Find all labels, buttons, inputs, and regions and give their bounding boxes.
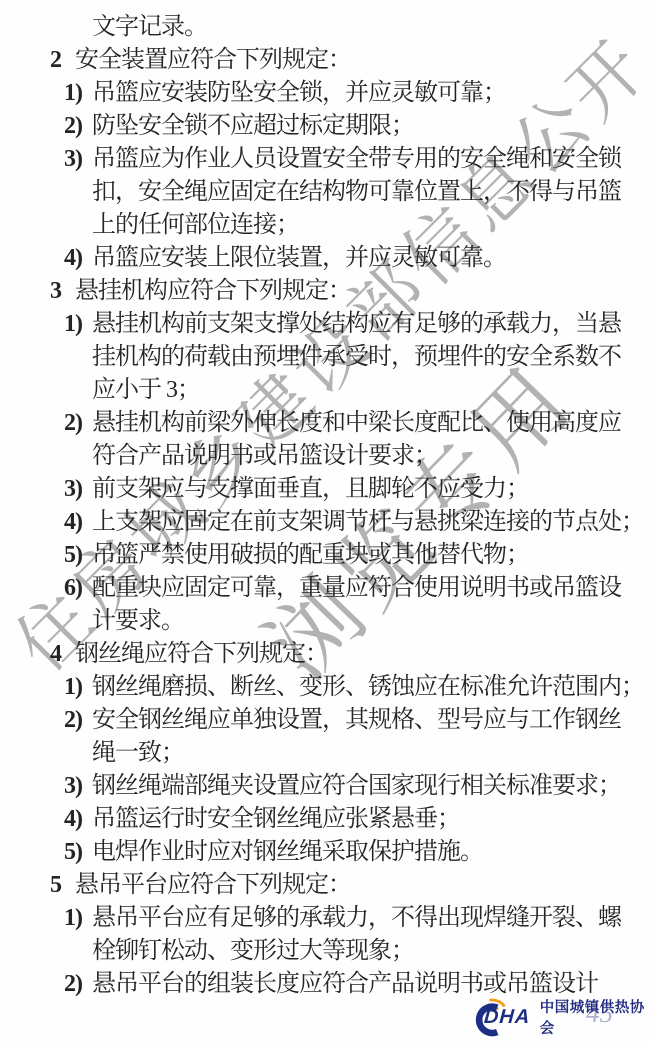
line-text: 绳一致； (92, 740, 184, 766)
text-line: 栓铆钉松动、变形过大等现象； (0, 935, 653, 968)
line-text: 应小于 3； (92, 377, 200, 403)
line-text: 钢丝绳应符合下列规定： (75, 641, 328, 667)
text-line: 扣，安全绳应固定在结构物可靠位置上，不得与吊篮 (0, 176, 653, 209)
text-line: 2)防坠安全锁不应超过标定期限； (0, 110, 653, 143)
line-text: 前支架应与支撑面垂直，且脚轮不应受力； (92, 476, 529, 502)
text-line: 1)悬挂机构前支架支撑处结构应有足够的承载力，当悬 (0, 308, 653, 341)
text-line: 3)前支架应与支撑面垂直，且脚轮不应受力； (0, 473, 653, 506)
item-number: 4 (50, 638, 75, 671)
line-text: 配重块应固定可靠，重量应符合使用说明书或吊篮设 (92, 575, 621, 601)
line-text: 悬吊平台应符合下列规定： (75, 872, 351, 898)
body-text: 文字记录。2安全装置应符合下列规定：1)吊篮应安装防坠安全锁，并应灵敏可靠；2)… (0, 0, 653, 1001)
text-line: 3悬挂机构应符合下列规定： (0, 275, 653, 308)
line-text: 吊篮应为作业人员设置安全带专用的安全绳和安全锁 (92, 146, 621, 172)
line-text: 悬吊平台的组装长度应符合产品说明书或吊篮设计 (92, 971, 598, 997)
text-line: 5)电焊作业时应对钢丝绳采取保护措施。 (0, 836, 653, 869)
item-number: 6) (64, 572, 92, 605)
line-text: 悬挂机构应符合下列规定： (75, 278, 351, 304)
line-text: 吊篮应安装上限位装置，并应灵敏可靠。 (92, 245, 506, 271)
line-text: 悬吊平台应有足够的承载力，不得出现焊缝开裂、螺 (92, 905, 621, 931)
line-text: 防坠安全锁不应超过标定期限； (92, 113, 414, 139)
text-line: 3)钢丝绳端部绳夹设置应符合国家现行相关标准要求； (0, 770, 653, 803)
text-line: 5悬吊平台应符合下列规定： (0, 869, 653, 902)
line-text: 栓铆钉松动、变形过大等现象； (92, 938, 414, 964)
text-line: 绳一致； (0, 737, 653, 770)
item-number: 1) (64, 77, 92, 110)
item-number: 3 (50, 275, 75, 308)
item-number: 2) (64, 110, 92, 143)
line-text: 悬挂机构前梁外伸长度和中梁长度配比、使用高度应 (92, 410, 621, 436)
text-line: 4)吊篮运行时安全钢丝绳应张紧悬垂； (0, 803, 653, 836)
item-number: 1) (64, 902, 92, 935)
line-text: 扣，安全绳应固定在结构物可靠位置上，不得与吊篮 (92, 179, 621, 205)
line-text: 安全钢丝绳应单独设置，其规格、型号应与工作钢丝 (92, 707, 621, 733)
item-number: 2) (64, 704, 92, 737)
text-line: 5)吊篮严禁使用破损的配重块或其他替代物； (0, 539, 653, 572)
item-number: 3) (64, 770, 92, 803)
line-text: 上的任何部位连接； (92, 212, 299, 238)
item-number: 1) (64, 671, 92, 704)
line-text: 安全装置应符合下列规定： (75, 47, 351, 73)
line-text: 悬挂机构前支架支撑处结构应有足够的承载力，当悬 (92, 311, 621, 337)
text-line: 4钢丝绳应符合下列规定： (0, 638, 653, 671)
line-text: 吊篮应安装防坠安全锁，并应灵敏可靠； (92, 80, 506, 106)
line-text: 钢丝绳磨损、断丝、变形、锈蚀应在标准允许范围内； (92, 674, 644, 700)
item-number: 2 (50, 44, 75, 77)
line-text: 上支架应固定在前支架调节杆与悬挑梁连接的节点处； (92, 509, 644, 535)
text-line: 文字记录。 (0, 11, 653, 44)
text-line: 1)吊篮应安装防坠安全锁，并应灵敏可靠； (0, 77, 653, 110)
item-number: 4) (64, 803, 92, 836)
item-number: 2) (64, 407, 92, 440)
line-text: 电焊作业时应对钢丝绳采取保护措施。 (92, 839, 483, 865)
text-line: 2)悬挂机构前梁外伸长度和中梁长度配比、使用高度应 (0, 407, 653, 440)
item-number: 2) (64, 968, 92, 1001)
document-page: 住房城乡建设部信息公开 浏览专用 文字记录。2安全装置应符合下列规定：1)吊篮应… (0, 0, 653, 1045)
item-number: 5) (64, 539, 92, 572)
line-text: 钢丝绳端部绳夹设置应符合国家现行相关标准要求； (92, 773, 621, 799)
text-line: 上的任何部位连接； (0, 209, 653, 242)
text-line: 3)吊篮应为作业人员设置安全带专用的安全绳和安全锁 (0, 143, 653, 176)
line-text: 文字记录。 (92, 14, 207, 40)
line-text: 符合产品说明书或吊篮设计要求； (92, 443, 437, 469)
logo-acronym: DHA (484, 1006, 532, 1029)
text-line: 1)悬吊平台应有足够的承载力，不得出现焊缝开裂、螺 (0, 902, 653, 935)
line-text: 吊篮运行时安全钢丝绳应张紧悬垂； (92, 806, 460, 832)
text-line: 6)配重块应固定可靠，重量应符合使用说明书或吊篮设 (0, 572, 653, 605)
item-number: 5 (50, 869, 75, 902)
text-line: 2安全装置应符合下列规定： (0, 44, 653, 77)
text-line: 4)吊篮应安装上限位装置，并应灵敏可靠。 (0, 242, 653, 275)
text-line: 2)安全钢丝绳应单独设置，其规格、型号应与工作钢丝 (0, 704, 653, 737)
item-number: 3) (64, 143, 92, 176)
text-line: 1)钢丝绳磨损、断丝、变形、锈蚀应在标准允许范围内； (0, 671, 653, 704)
association-logo: 45 DHA 中国城镇供热协会 (468, 996, 653, 1038)
text-line: 4)上支架应固定在前支架调节杆与悬挑梁连接的节点处； (0, 506, 653, 539)
item-number: 1) (64, 308, 92, 341)
item-number: 4) (64, 242, 92, 275)
logo-org-name: 中国城镇供热协会 (540, 996, 653, 1038)
item-number: 3) (64, 473, 92, 506)
line-text: 计要求。 (92, 608, 184, 634)
item-number: 4) (64, 506, 92, 539)
text-line: 计要求。 (0, 605, 653, 638)
text-line: 符合产品说明书或吊篮设计要求； (0, 440, 653, 473)
item-number: 5) (64, 836, 92, 869)
text-line: 挂机构的荷载由预埋件承受时，预埋件的安全系数不 (0, 341, 653, 374)
line-text: 挂机构的荷载由预埋件承受时，预埋件的安全系数不 (92, 344, 621, 370)
text-line: 应小于 3； (0, 374, 653, 407)
line-text: 吊篮严禁使用破损的配重块或其他替代物； (92, 542, 529, 568)
